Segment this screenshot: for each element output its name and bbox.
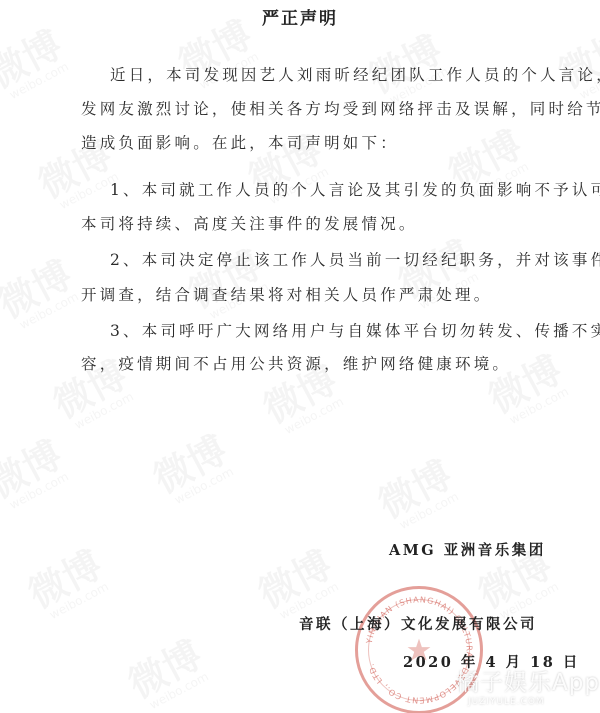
paragraph-line: 发网友激烈讨论，使相关各方均受到网络抨击及误解，同时给节目方 [81,97,600,119]
weibo-watermark: 微博weibo.com [0,255,83,335]
weibo-watermark: 微博weibo.com [23,545,114,625]
juzi-app-watermark: 橘子娱乐App JUZIYULE.COM [456,664,600,707]
weibo-watermark: 微博weibo.com [373,455,464,535]
weibo-watermark: 微博weibo.com [123,635,214,713]
statement-item-1-line: 1、本司就工作人员的个人言论及其引发的负面影响不予认可， [110,178,600,200]
statement-item-2-line: 开调查，结合调查结果将对相关人员作严肃处理。 [81,283,492,305]
paragraph-line: 近日，本司发现因艺人刘雨昕经纪团队工作人员的个人言论，引 [110,63,600,85]
document-title: 严正声明 [0,4,600,29]
weibo-watermark: 微博weibo.com [0,435,73,515]
statement-item-2-line: 2、本司决定停止该工作人员当前一切经纪职务，并对该事件展 [110,248,600,270]
statement-item-3-line: 容，疫情期间不占用公共资源，维护网络健康环境。 [81,352,511,374]
signature-group-name: AMG 亚洲音乐集团 [389,539,546,560]
signature-company-name: 音联（上海）文化发展有限公司 [299,613,537,634]
statement-item-1-line: 本司将持续、高度关注事件的发展情况。 [81,212,418,234]
paragraph-line: 造成负面影响。在此，本司声明如下： [81,131,399,153]
document-page: 微博weibo.com 微博weibo.com 微博weibo.com 微博we… [0,0,600,713]
weibo-watermark: 微博weibo.com [148,430,239,510]
weibo-watermark: 微博weibo.com [0,25,73,105]
statement-item-3-line: 3、本司呼吁广大网络用户与自媒体平台切勿转发、传播不实内 [110,319,600,341]
